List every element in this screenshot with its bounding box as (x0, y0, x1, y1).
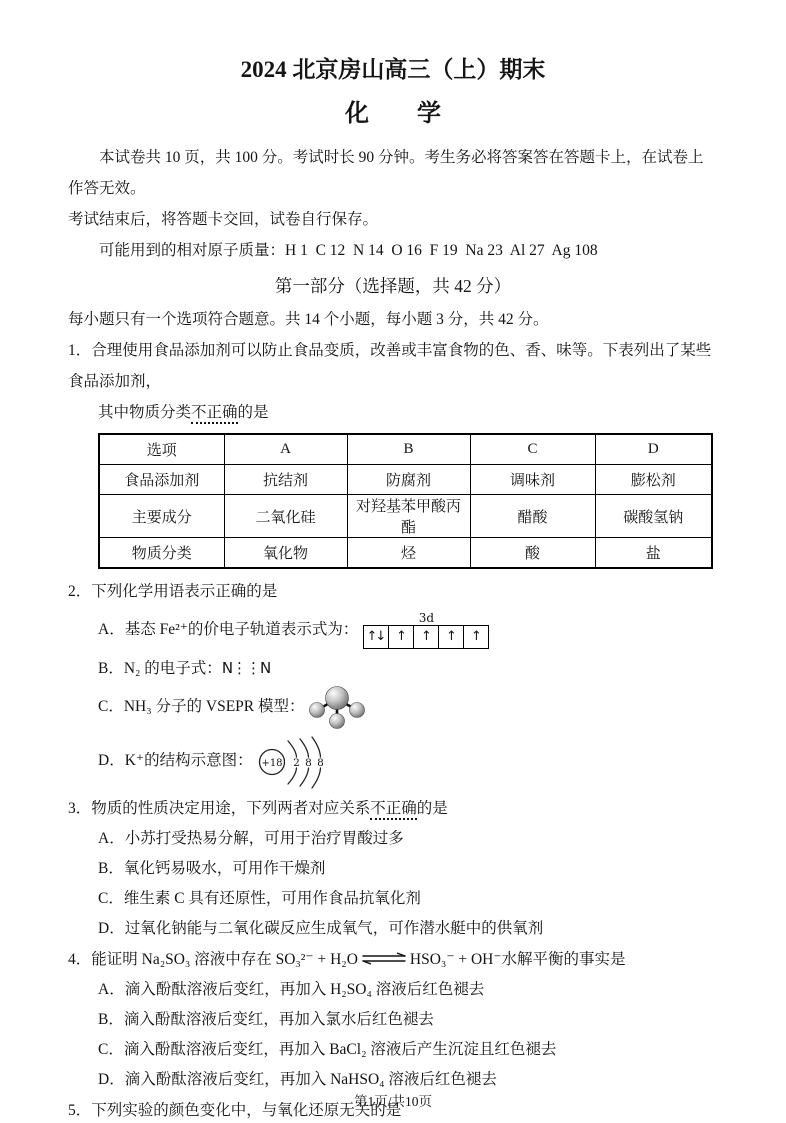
part1-heading: 第一部分（选择题，共 42 分） (68, 268, 718, 304)
q1-stem-line2: 其中物质分类不正确的是 (98, 397, 718, 428)
q1-table-row-ingredient: 主要成分 二氧化硅 对羟基苯甲酸丙酯 醋酸 碳酸氢钠 (99, 495, 712, 538)
q4-option-b: B．滴入酚酞溶液后变红，再加入氯水后红色褪去 (98, 1005, 718, 1035)
intro-line-1: 本试卷共 10 页，共 100 分。考试时长 90 分钟。考生务必将答案答在答题… (68, 142, 718, 204)
q1-th-b: B (347, 434, 470, 465)
exam-title: 2024 北京房山高三（上）期末 (68, 54, 718, 86)
q1-stem-line2-pre: 其中物质分类 (98, 404, 191, 421)
q2-option-b: B．N₂ 的电子式：N⋮⋮N (98, 653, 718, 684)
vsepr-model-image (308, 684, 366, 730)
table-cell: 膨松剂 (595, 465, 712, 495)
electron-formula: N⋮⋮N (222, 659, 270, 677)
q1-th-a: A (224, 434, 347, 465)
q3-option-a: A．小苏打受热易分解，可用于治疗胃酸过多 (98, 824, 718, 854)
q3-stem-post: 的是 (417, 800, 448, 817)
exam-subject: 化 学 (68, 97, 718, 131)
exam-page: 2024 北京房山高三（上）期末 化 学 本试卷共 10 页，共 100 分。考… (0, 0, 786, 1123)
q1-stem-line2-post: 的是 (238, 404, 269, 421)
atomic-structure-diagram: +18 2 8 8 (256, 731, 332, 793)
q2-option-d-text: D．K⁺的结构示意图： (98, 752, 253, 769)
intro-line-2: 考试结束后，将答题卡交回，试卷自行保存。 (68, 204, 718, 235)
page-number: 第1页/共10页 (0, 1090, 786, 1110)
table-cell: 盐 (595, 538, 712, 569)
orbital-boxes: ↑↓↑↑↑↑ (363, 625, 489, 649)
q4-option-a: A．滴入酚酞溶液后变红，再加入 H₂SO₄ 溶液后红色褪去 (98, 975, 718, 1005)
q3-stem-pre: 3．物质的性质决定用途，下列两者对应关系 (68, 800, 370, 817)
table-cell: 醋酸 (470, 495, 595, 538)
nucleus-charge-label: +18 (262, 758, 283, 769)
table-cell: 抗结剂 (224, 465, 347, 495)
q2-option-c-text: C．NH₃ 分子的 VSEPR 模型： (98, 698, 305, 715)
orbital-box: ↑ (414, 625, 439, 649)
q2-option-d: D．K⁺的结构示意图： +18 2 8 8 (98, 730, 718, 792)
shell-electron-count: 8 (306, 757, 313, 769)
q2-stem: 2．下列化学用语表示正确的是 (68, 576, 718, 607)
atomic-mass-line: 可能用到的相对原子质量：H 1 C 12 N 14 O 16 F 19 Na 2… (68, 235, 718, 266)
table-cell: 物质分类 (99, 538, 224, 569)
q2-option-a-text: A．基态 Fe²⁺的价电子轨道表示式为： (98, 621, 358, 638)
shell-electron-count: 8 (318, 757, 325, 769)
q2-option-c: C．NH₃ 分子的 VSEPR 模型： (98, 684, 718, 730)
q3-stem: 3．物质的性质决定用途，下列两者对应关系不正确的是 (68, 793, 718, 824)
table-cell: 防腐剂 (347, 465, 470, 495)
q3-option-d: D．过氧化钠能与二氧化碳反应生成氧气，可作潜水艇中的供氧剂 (98, 914, 718, 944)
table-cell: 二氧化硅 (224, 495, 347, 538)
table-cell: 对羟基苯甲酸丙酯 (347, 495, 470, 538)
table-cell: 氧化物 (224, 538, 347, 569)
q2-option-b-text: B．N₂ 的电子式： (98, 660, 222, 677)
q3-option-c: C．维生素 C 具有还原性，可用作食品抗氧化剂 (98, 884, 718, 914)
q1-th-d: D (595, 434, 712, 465)
q4-stem: 4．能证明 Na₂SO₃ 溶液中存在 SO₃²⁻ + H₂OHSO₃⁻ + OH… (68, 944, 718, 975)
table-cell: 碳酸氢钠 (595, 495, 712, 538)
table-cell: 调味剂 (470, 465, 595, 495)
q1-th-option: 选项 (99, 434, 224, 465)
q1-table-row-additive: 食品添加剂 抗结剂 防腐剂 调味剂 膨松剂 (99, 465, 712, 495)
table-cell: 食品添加剂 (99, 465, 224, 495)
q3-emphasis-text: 不正确 (370, 800, 417, 820)
q1-table: 选项 A B C D 食品添加剂 抗结剂 防腐剂 调味剂 膨松剂 主要成分 二氧… (98, 433, 713, 569)
orbital-diagram: 3d↑↓↑↑↑↑ (363, 612, 489, 649)
q4-option-c: C．滴入酚酞溶液后变红，再加入 BaCl₂ 溶液后产生沉淀且红色褪去 (98, 1035, 718, 1065)
q1-emphasis-text: 不正确 (191, 404, 238, 424)
table-cell: 酸 (470, 538, 595, 569)
q4-stem-pre: 4．能证明 Na₂SO₃ 溶液中存在 SO₃²⁻ + H₂O (68, 951, 358, 968)
part1-note: 每小题只有一个选项符合题意。共 14 个小题，每小题 3 分，共 42 分。 (68, 304, 718, 335)
q1-th-c: C (470, 434, 595, 465)
orbital-box: ↑ (389, 625, 414, 649)
q1-table-header-row: 选项 A B C D (99, 434, 712, 465)
equilibrium-arrow-icon (361, 952, 407, 965)
q1-table-row-category: 物质分类 氧化物 烃 酸 盐 (99, 538, 712, 569)
q1-stem-line1: 1．合理使用食品添加剂可以防止食品变质，改善或丰富食物的色、香、味等。下表列出了… (68, 335, 718, 397)
orbital-box: ↑↓ (363, 625, 389, 649)
table-cell: 烃 (347, 538, 470, 569)
orbital-box: ↑ (439, 625, 464, 649)
shell-electron-count: 2 (294, 757, 301, 769)
orbital-box: ↑ (464, 625, 489, 649)
q2-option-a: A．基态 Fe²⁺的价电子轨道表示式为：3d↑↓↑↑↑↑ (98, 607, 718, 653)
table-cell: 主要成分 (99, 495, 224, 538)
orbital-shell-label: 3d (363, 612, 489, 625)
q3-option-b: B．氧化钙易吸水，可用作干燥剂 (98, 854, 718, 884)
q4-stem-post: HSO₃⁻ + OH⁻水解平衡的事实是 (410, 951, 626, 968)
